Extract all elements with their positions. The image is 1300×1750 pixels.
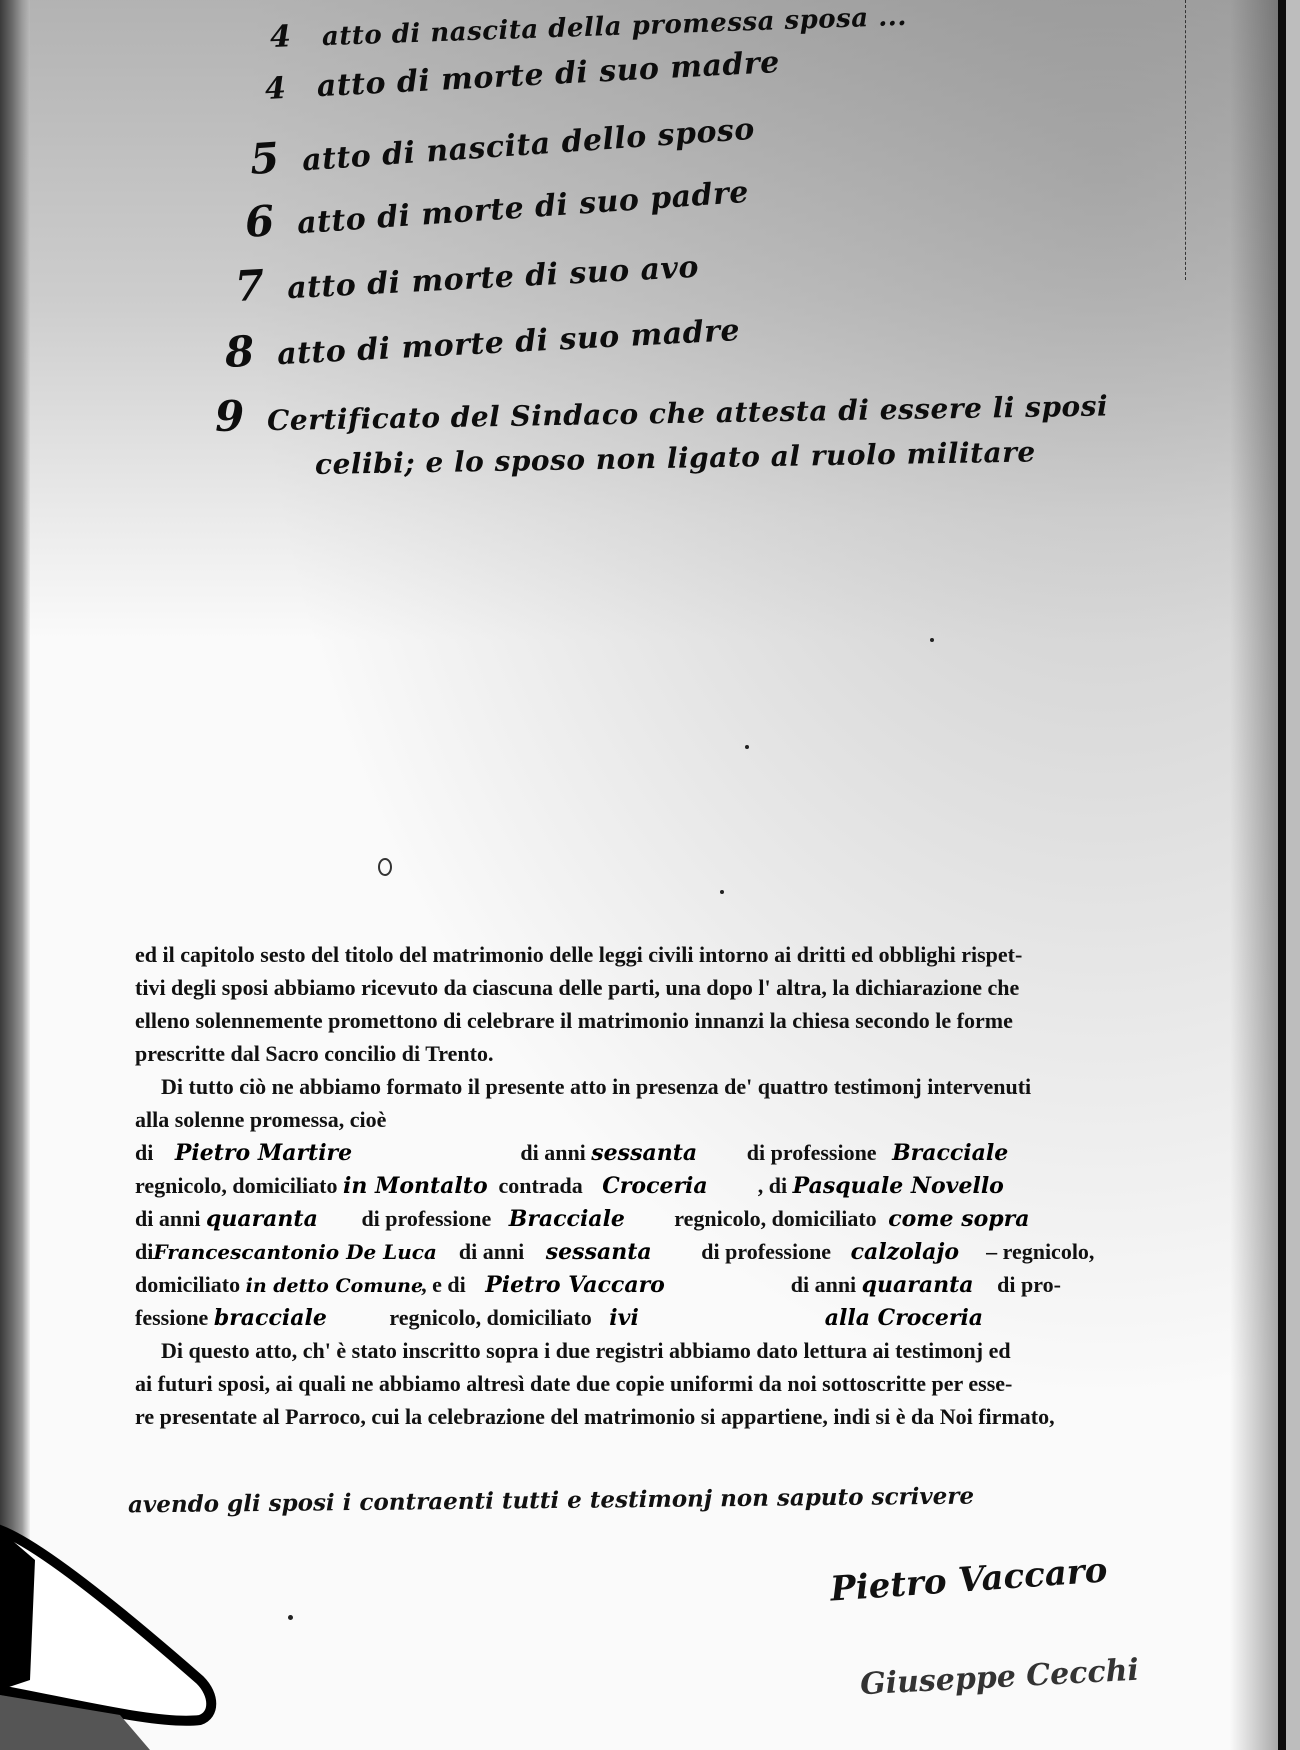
ink-speck [930, 638, 934, 642]
label-di: di [135, 1140, 153, 1165]
annex-item-number: 7 [234, 259, 288, 311]
annex-item: 4atto di nascita della promessa sposa ..… [269, 0, 907, 55]
printed-line: alla solenne promessa, cioè [135, 1103, 1215, 1136]
witness-3-age: sessanta [546, 1236, 696, 1269]
annex-item-number: 5 [248, 131, 303, 184]
label-regnicolo-domiciliato: regnicolo, domiciliato [135, 1173, 337, 1198]
label-domiciliato: domiciliato [135, 1272, 240, 1297]
ink-speck [745, 745, 749, 749]
annex-item: 9Certificato del Sindaco che attesta di … [215, 376, 1109, 441]
annex-item-text: atto di morte di suo avo [286, 250, 700, 307]
annex-item-continuation: celibi; e lo sposo non ligato al ruolo m… [315, 435, 1036, 481]
witness-1-domicile: in Montalto [343, 1170, 493, 1203]
witness-1-profession: Bracciale [892, 1137, 1008, 1170]
witness-3-name: Francescantonio De Luca [153, 1236, 453, 1269]
annex-item-number: 4 [264, 69, 318, 107]
printed-line: prescritte dal Sacro concilio di Trento. [135, 1037, 1215, 1070]
label-di-professione: di professione [361, 1206, 491, 1231]
printed-line: Di questo atto, ch' è stato inscritto so… [135, 1334, 1215, 1367]
label-di-professione-split: di pro- [997, 1272, 1061, 1297]
label-di-anni: di anni [520, 1140, 585, 1165]
annex-item-number: 6 [243, 194, 298, 247]
ink-speck [288, 1615, 293, 1620]
witness-1-domicile-line: regnicolo, domiciliato in Montalto contr… [135, 1169, 1215, 1202]
printed-line: elleno solennemente promettono di celebr… [135, 1004, 1215, 1037]
witness-2-age: quaranta [206, 1203, 356, 1236]
witness-4-profession: bracciale [214, 1302, 384, 1335]
label-di-professione: di professione [747, 1140, 877, 1165]
printed-line: ed il capitolo sesto del titolo del matr… [135, 938, 1215, 971]
annex-item-text: Certificato del Sindaco che attesta di e… [267, 389, 1109, 437]
witness-1-street: Croceria [602, 1170, 752, 1203]
label-di-professione: di professione [701, 1239, 831, 1264]
witness-2-name: Pasquale Novello [793, 1170, 1004, 1203]
printed-line: ai futuri sposi, ai quali ne abbiamo alt… [135, 1367, 1215, 1400]
label-fessione: fessione [135, 1305, 208, 1330]
witness-4-domicile: ivi [609, 1302, 809, 1335]
annex-item-number: 8 [224, 325, 278, 377]
witness-3-profession: calzolajo [851, 1236, 981, 1269]
annex-item-number: 4 [269, 18, 322, 55]
annex-item-text: atto di morte di suo padre [296, 175, 750, 241]
witness-2-domicile: come sopra [888, 1203, 1029, 1236]
label-regnicolo: – regnicolo, [986, 1239, 1094, 1264]
annex-item-text: celibi; e lo sposo non ligato al ruolo m… [315, 435, 1036, 481]
annex-item: 4atto di morte di suo madre [264, 45, 781, 107]
annex-item: 7atto di morte di suo avo [234, 238, 700, 311]
printed-line: re presentate al Parroco, cui la celebra… [135, 1400, 1215, 1433]
label-regnicolo-domiciliato: regnicolo, domiciliato [674, 1206, 876, 1231]
witness-1-name: Pietro Martire [175, 1137, 515, 1170]
label-di-anni: di anni [135, 1206, 200, 1231]
printed-line: Di tutto ciò ne abbiamo formato il prese… [135, 1070, 1215, 1103]
annex-item-number: 9 [215, 391, 268, 441]
label-comma-di: , di [758, 1173, 787, 1198]
printed-form-text: ed il capitolo sesto del titolo del matr… [135, 938, 1215, 1433]
label-regnicolo-domiciliato: regnicolo, domiciliato [389, 1305, 591, 1330]
witness-3-line: diFrancescantonio De Luca di anni sessan… [135, 1235, 1215, 1268]
annex-item-text: atto di morte di suo madre [316, 45, 781, 104]
ink-speck [720, 890, 724, 894]
witness-3-domicile: in detto Comune [246, 1270, 416, 1303]
witness-2-profession: Bracciale [509, 1203, 669, 1236]
witness-4-line: fessione bracciale regnicolo, domiciliat… [135, 1301, 1215, 1334]
annex-document-list: 4atto di nascita della promessa sposa ..… [0, 0, 1300, 560]
witness-1-line: di Pietro Martire di anni sessanta di pr… [135, 1136, 1215, 1169]
witness-4-name: Pietro Vaccaro [485, 1269, 785, 1302]
witness-4-street: alla Croceria [825, 1302, 983, 1335]
scanner-thumb-shadow [0, 1490, 230, 1750]
label-di-anni: di anni [791, 1272, 856, 1297]
annex-item: 8atto di morte di suo madre [224, 301, 741, 377]
ink-speck [378, 858, 392, 876]
witness-1-age: sessanta [591, 1137, 741, 1170]
annex-item-text: atto di nascita della promessa sposa ... [321, 2, 907, 52]
witness-2-line: di anni quaranta di professione Braccial… [135, 1202, 1215, 1235]
label-di: di [135, 1239, 153, 1264]
annex-item-text: atto di morte di suo madre [276, 313, 741, 372]
printed-line: tivi degli sposi abbiamo ricevuto da cia… [135, 971, 1215, 1004]
witness-4-age: quaranta [862, 1269, 992, 1302]
label-contrada: contrada [498, 1173, 582, 1198]
witness-3-domicile-line: domiciliato in detto Comune , e di Pietr… [135, 1268, 1215, 1301]
label-di-anni: di anni [459, 1239, 524, 1264]
label-e-di: , e di [421, 1272, 466, 1297]
